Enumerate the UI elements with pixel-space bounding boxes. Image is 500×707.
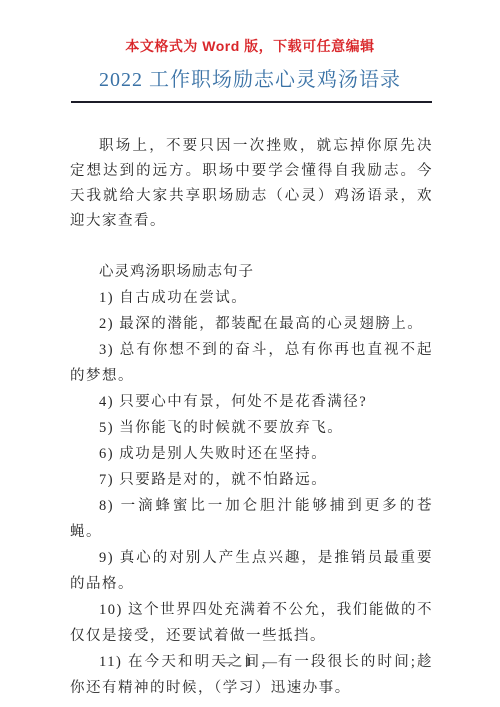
title-divider bbox=[71, 101, 432, 103]
quote-item: 6) 成功是别人失败时还在坚持。 bbox=[70, 441, 433, 467]
quote-list: 1) 自古成功在尝试。2) 最深的潜能，都装配在最高的心灵翅膀上。3) 总有你想… bbox=[70, 285, 433, 701]
quote-item: 3) 总有你想不到的奋斗，总有你再也直视不起的梦想。 bbox=[70, 337, 433, 389]
quote-item: 2) 最深的潜能，都装配在最高的心灵翅膀上。 bbox=[70, 311, 433, 337]
quote-item: 5) 当你能飞的时候就不要放弃飞。 bbox=[70, 415, 433, 441]
quote-item: 9) 真心的对别人产生点兴趣，是推销员最重要的品格。 bbox=[70, 545, 433, 597]
quote-item: 4) 只要心中有景，何处不是花香满径? bbox=[70, 389, 433, 415]
quote-item: 8) 一滴蜂蜜比一加仑胆汁能够捕到更多的苍蝇。 bbox=[70, 493, 433, 545]
section-heading: 心灵鸡汤职场励志句子 bbox=[70, 259, 433, 285]
quote-item: 7) 只要路是对的，就不怕路远。 bbox=[70, 467, 433, 493]
document-page: 本文格式为 Word 版，下载可任意编辑 2022 工作职场励志心灵鸡汤语录 职… bbox=[0, 0, 500, 707]
page-title: 2022 工作职场励志心灵鸡汤语录 bbox=[0, 63, 500, 92]
edit-notice: 本文格式为 Word 版，下载可任意编辑 bbox=[0, 36, 500, 56]
intro-paragraph: 职场上，不要只因一次挫败，就忘掉你原先决定想达到的远方。职场中要学会懂得自我励志… bbox=[70, 134, 433, 234]
quote-item: 10) 这个世界四处充满着不公允，我们能做的不仅仅是接受，还要试着做一些抵挡。 bbox=[70, 597, 433, 649]
page-number: — 1 — bbox=[0, 655, 500, 671]
quote-item: 1) 自古成功在尝试。 bbox=[70, 285, 433, 311]
document-body: 职场上，不要只因一次挫败，就忘掉你原先决定想达到的远方。职场中要学会懂得自我励志… bbox=[70, 134, 433, 701]
